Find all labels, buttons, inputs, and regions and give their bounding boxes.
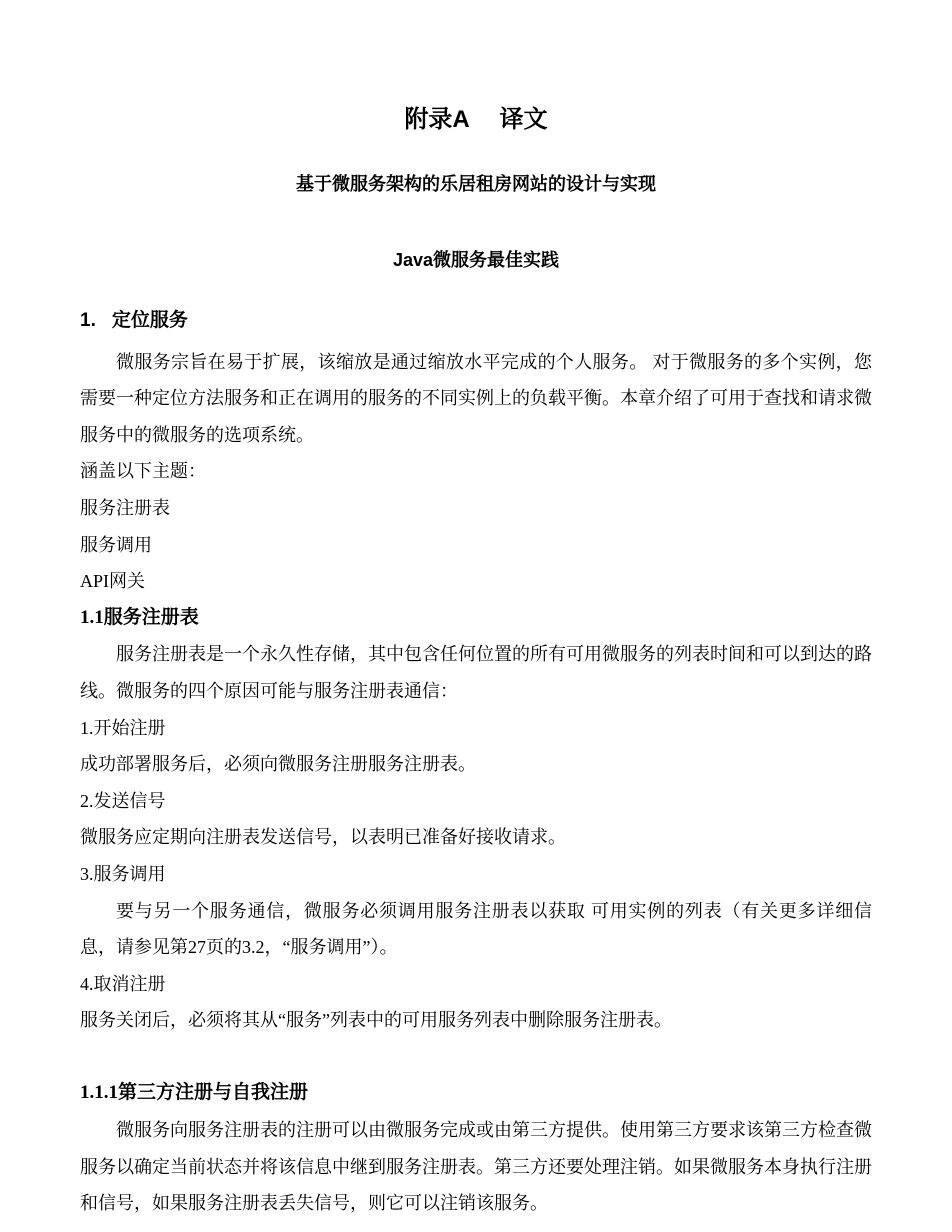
document-title: Java微服务最佳实践 xyxy=(80,242,872,279)
topic-item-service-invocation: 服务调用 xyxy=(80,527,872,564)
blank-line xyxy=(80,1039,872,1076)
registry-item-4-body: 服务关闭后，必须将其从“服务”列表中的可用服务列表中删除服务注册表。 xyxy=(80,1002,872,1039)
paper-title: 基于微服务架构的乐居租房网站的设计与实现 xyxy=(80,166,872,203)
section-1-1-1-body-paragraph: 微服务向服务注册表的注册可以由微服务完成或由第三方提供。使用第三方要求该第三方检… xyxy=(80,1112,872,1222)
registry-item-2-body: 微服务应定期向注册表发送信号，以表明已准备好接收请求。 xyxy=(80,819,872,856)
section-1-intro-paragraph: 微服务宗旨在易于扩展，该缩放是通过缩放水平完成的个人服务。 对于微服务的多个实例… xyxy=(80,344,872,454)
topic-item-api-gateway: API网关 xyxy=(80,563,872,600)
section-1-1-intro-paragraph: 服务注册表是一个永久性存储，其中包含任何位置的所有可用微服务的列表时间和可以到达… xyxy=(80,636,872,709)
registry-item-2-label: 2.发送信号 xyxy=(80,783,872,820)
appendix-title: 附录A 译文 xyxy=(80,101,872,138)
section-1-1-1-heading: 1.1.1第三方注册与自我注册 xyxy=(80,1075,872,1112)
section-1-number: 1. xyxy=(80,303,96,340)
topic-item-service-registry: 服务注册表 xyxy=(80,490,872,527)
document-page: 附录A 译文 基于微服务架构的乐居租房网站的设计与实现 Java微服务最佳实践 … xyxy=(0,0,952,1232)
section-1-title: 定位服务 xyxy=(112,303,188,340)
section-1-1-heading: 1.1服务注册表 xyxy=(80,600,872,637)
registry-item-3-body: 要与另一个服务通信，微服务必须调用服务注册表以获取 可用实例的列表（有关更多详细… xyxy=(80,893,872,966)
section-1-heading: 1.定位服务 xyxy=(80,303,872,340)
registry-item-4-label: 4.取消注册 xyxy=(80,966,872,1003)
topics-label: 涵盖以下主题： xyxy=(80,453,872,490)
registry-item-3-label: 3.服务调用 xyxy=(80,856,872,893)
registry-item-1-label: 1.开始注册 xyxy=(80,710,872,747)
registry-item-1-body: 成功部署服务后，必须向微服务注册服务注册表。 xyxy=(80,746,872,783)
